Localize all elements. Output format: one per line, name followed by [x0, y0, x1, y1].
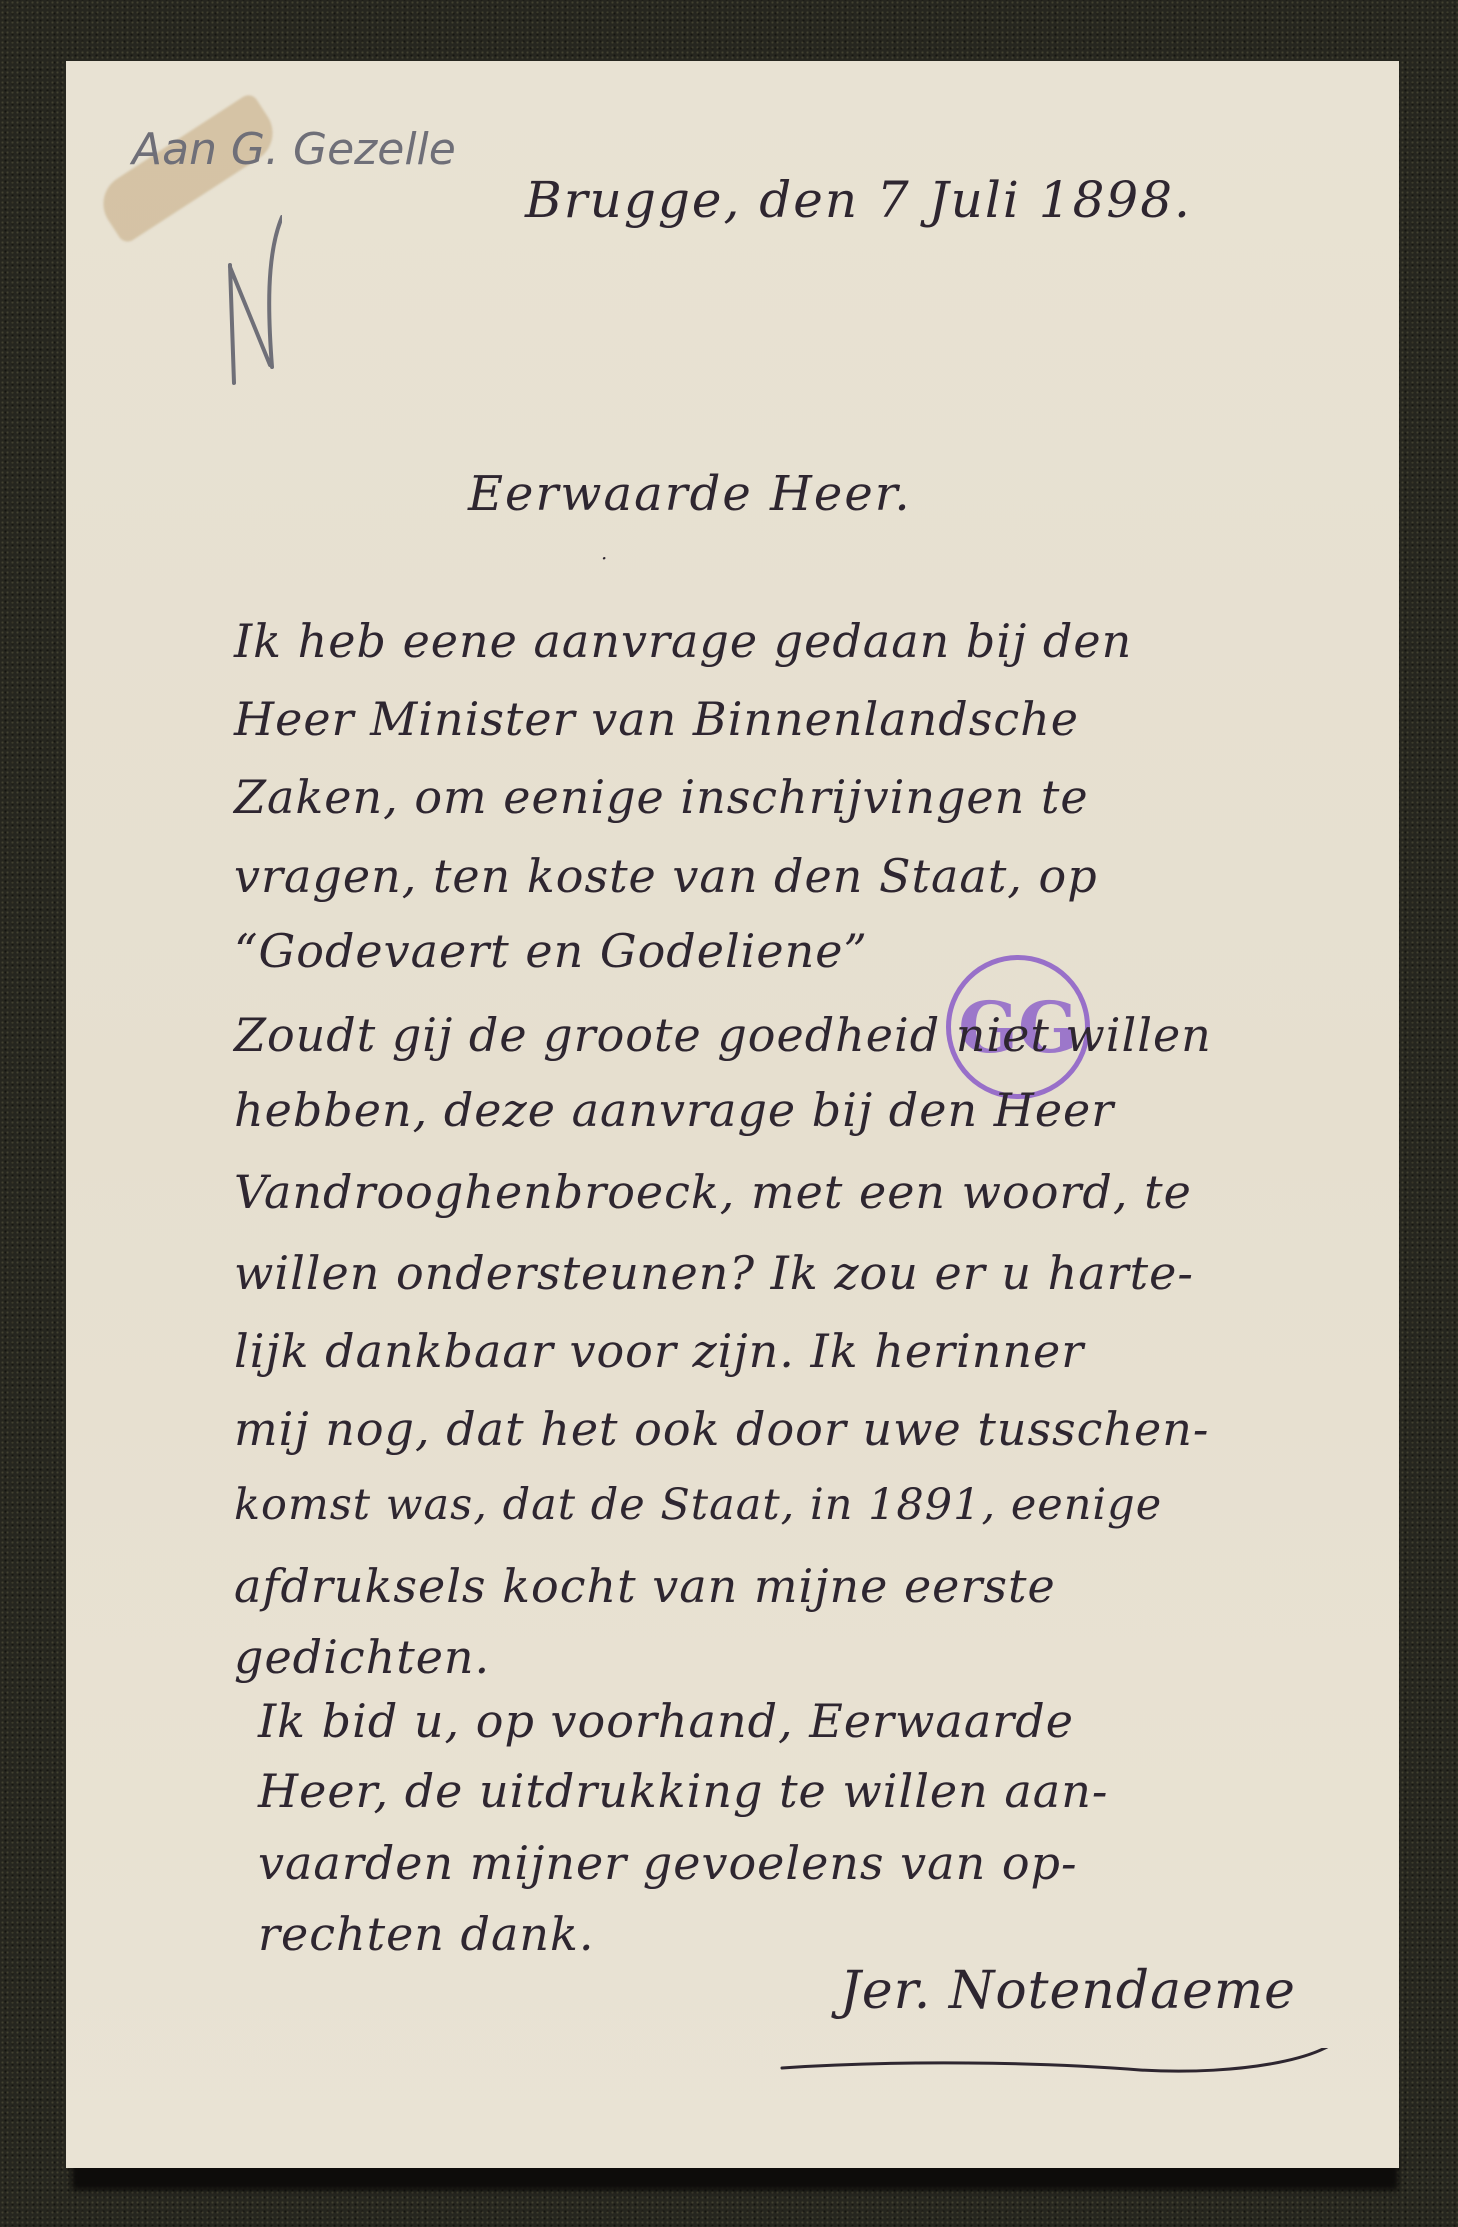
pencil-annotation: Aan G. Gezelle	[132, 128, 456, 172]
body-line-16: Heer, de uitdrukking te willen aan-	[258, 1768, 1108, 1814]
place-date: Brugge, den 7 Juli 1898.	[525, 175, 1192, 225]
body-line-15: Ik bid u, op voorhand, Eerwaarde	[258, 1698, 1074, 1744]
body-line-11: mij nog, dat het ook door uwe tusschen-	[234, 1406, 1209, 1452]
body-line-4: vragen, ten koste van den Staat, op	[234, 853, 1098, 899]
pencil-mark-n	[222, 215, 282, 385]
body-line-8: Vandrooghenbroeck, met een woord, te	[234, 1169, 1192, 1215]
salutation: Eerwaarde Heer.	[468, 470, 912, 518]
body-line-10: lijk dankbaar voor zijn. Ik herinner	[234, 1328, 1084, 1374]
signature: Jer. Notendaeme	[840, 1965, 1296, 2017]
body-line-9: willen ondersteunen? Ik zou er u harte-	[234, 1250, 1194, 1296]
signature-flourish	[780, 2048, 1350, 2078]
body-line-14: gedichten.	[234, 1634, 490, 1680]
body-line-2: Heer Minister van Binnenlandsche	[234, 696, 1079, 742]
body-line-18: rechten dank.	[258, 1911, 595, 1957]
body-line-17: vaarden mijner gevoelens van op-	[258, 1840, 1078, 1886]
body-line-1: Ik heb eene aanvrage gedaan bij den	[234, 618, 1132, 664]
body-line-3: Zaken, om eenige inschrijvingen te	[234, 774, 1089, 820]
body-line-13: afdruksels kocht van mijne eerste	[234, 1563, 1056, 1609]
body-line-6: Zoudt gij de groote goedheid niet willen	[234, 1012, 1212, 1058]
body-line-5: “Godevaert en Godeliene”	[234, 928, 868, 974]
body-line-7: hebben, deze aanvrage bij den Heer	[234, 1087, 1114, 1133]
ink-dot: ·	[601, 548, 607, 568]
body-line-12: komst was, dat de Staat, in 1891, eenige	[234, 1484, 1162, 1527]
